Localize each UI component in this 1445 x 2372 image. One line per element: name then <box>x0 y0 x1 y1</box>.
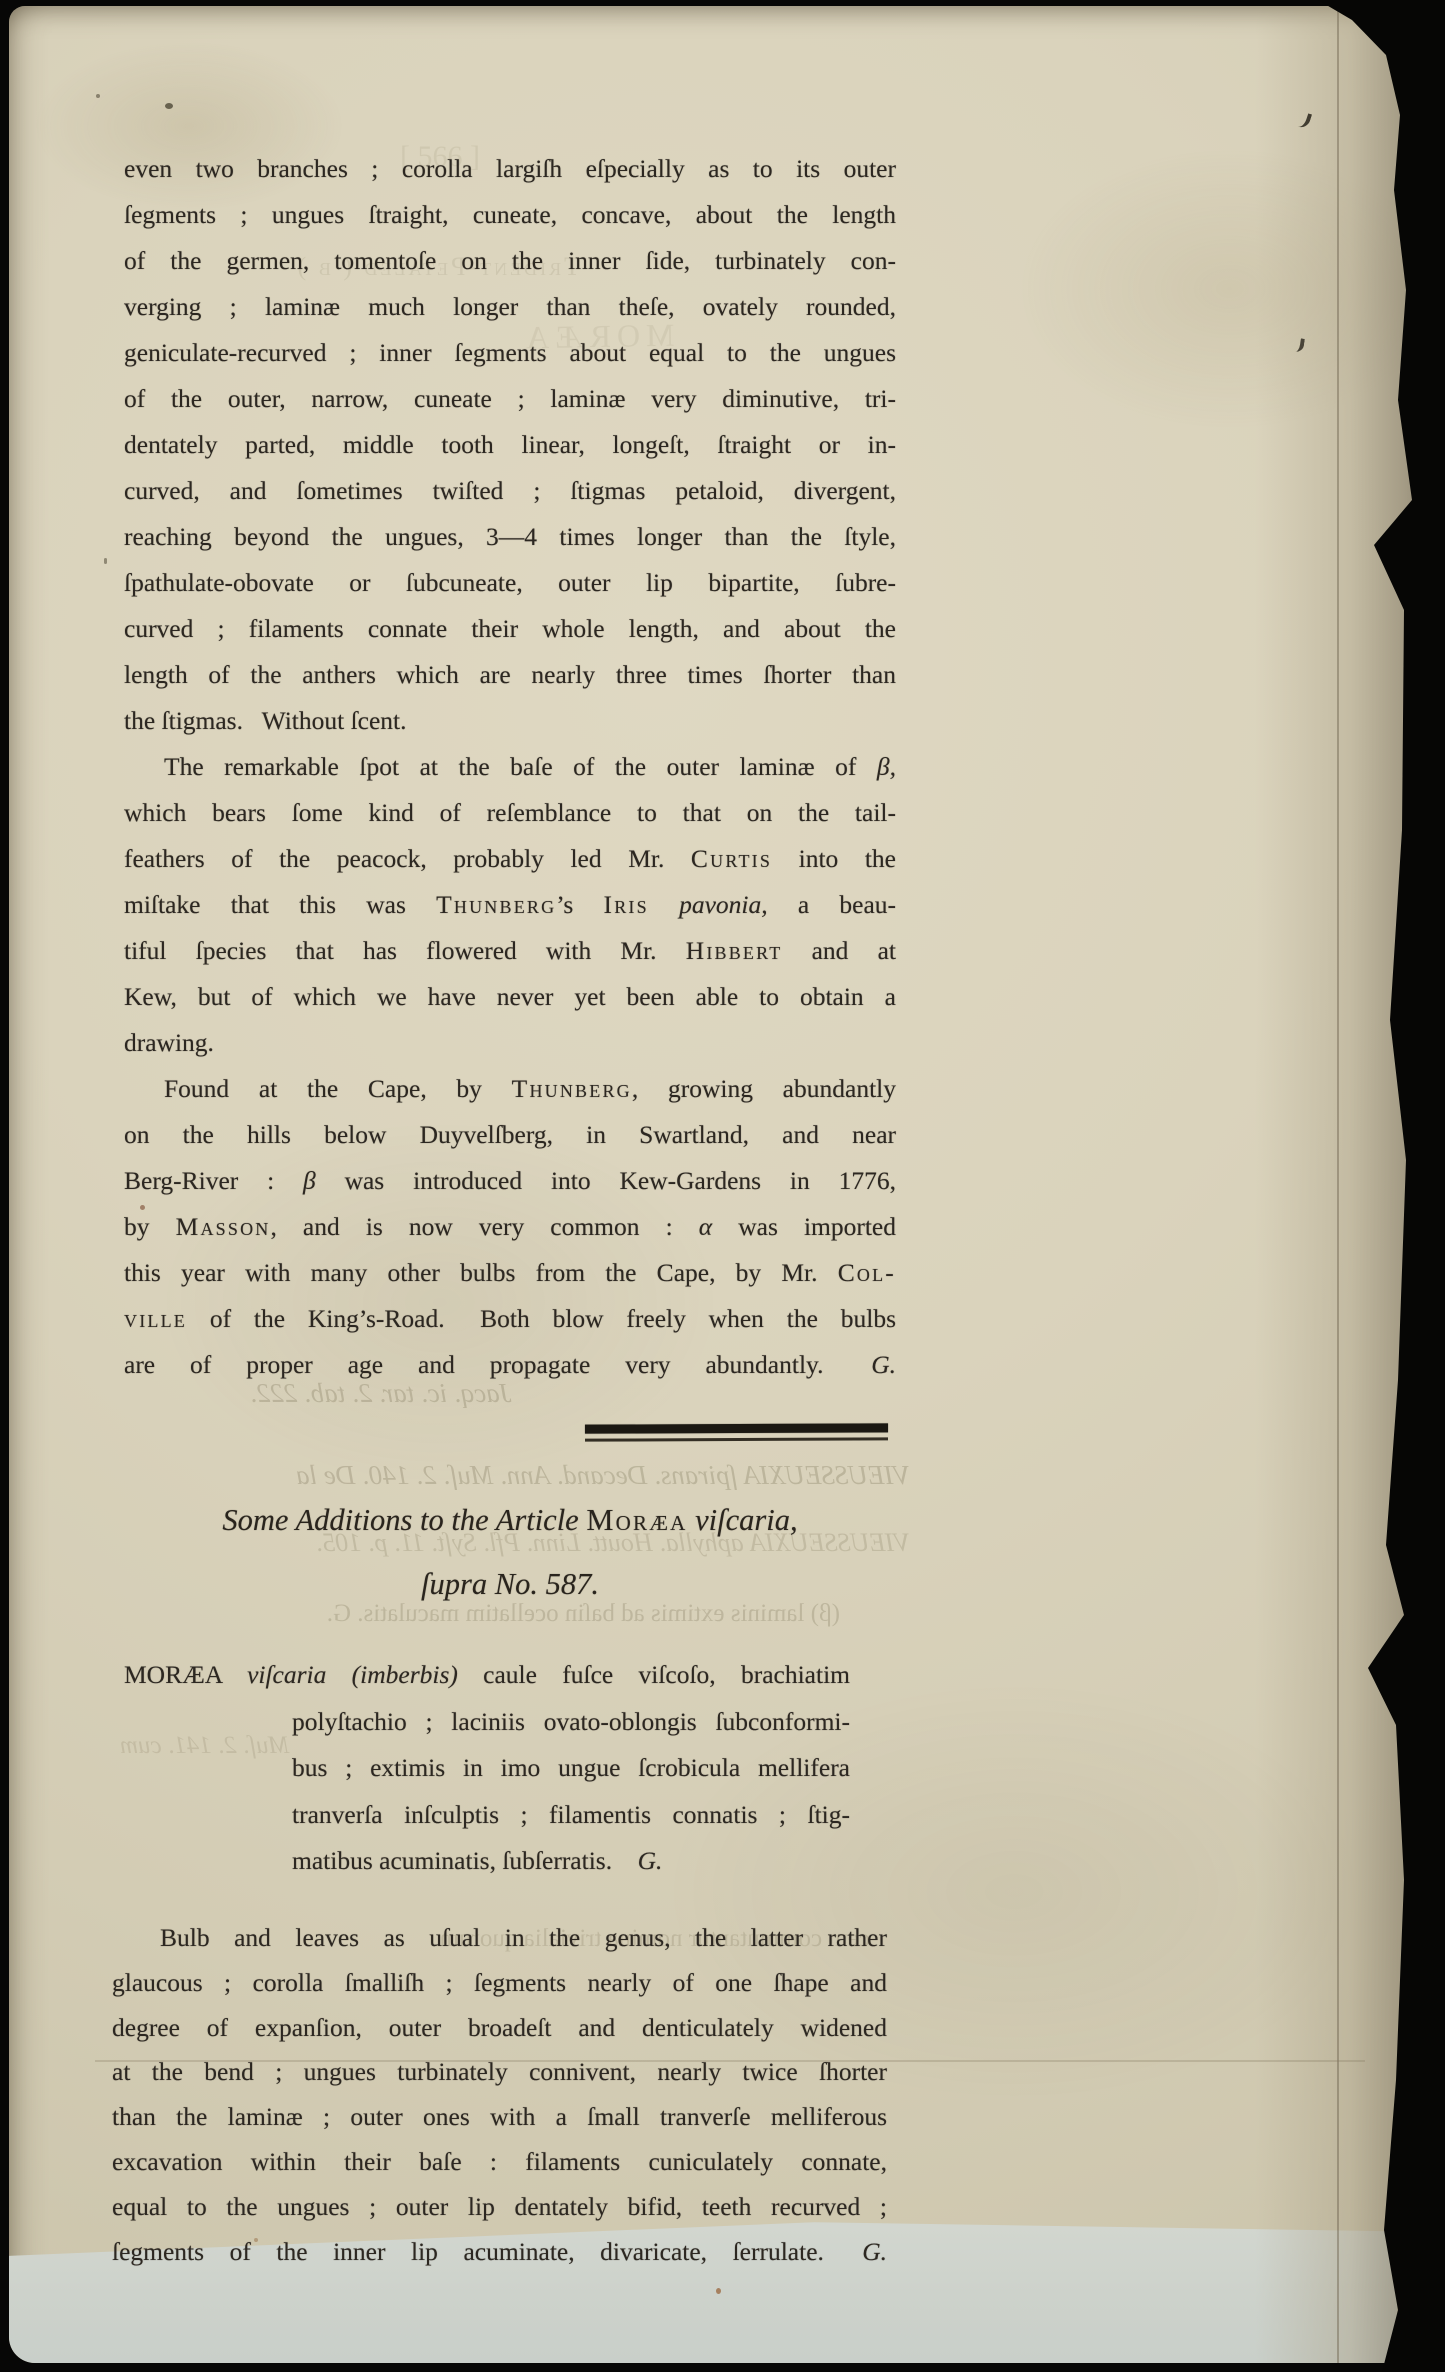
text-line: excavation within their baſe : filaments… <box>112 2140 887 2185</box>
text-line: on the hills below Duyvelſberg, in Swart… <box>124 1112 896 1158</box>
text-line: tranverſa inſculptis ; filamentis connat… <box>124 1792 850 1839</box>
text-line: The remarkable ſpot at the baſe of the o… <box>124 744 896 790</box>
section-heading: Some Additions to the Article Moræa viſc… <box>124 1488 896 1616</box>
text-line: even two branches ; corolla largiſh eſpe… <box>124 146 896 192</box>
text-line: ville of the King’s-Road. Both blow free… <box>124 1296 896 1342</box>
text-line: matibus acuminatis, ſubſerratis. G. <box>124 1838 850 1885</box>
text-line: MORÆA viſcaria (imberbis) caule fuſce vi… <box>124 1652 850 1699</box>
text-line: of the germen, tomentoſe on the inner ſi… <box>124 238 896 284</box>
text-line: than the laminæ ; outer ones with a ſmal… <box>112 2095 887 2140</box>
paragraph-description-continuation: even two branches ; corolla largiſh eſpe… <box>124 146 896 744</box>
text-line: equal to the ungues ; outer lip dentatel… <box>112 2185 887 2230</box>
body-text: even two branches ; corolla largiſh eſpe… <box>124 146 896 1388</box>
paragraph-found-at-cape: Found at the Cape, by Thunberg, growing … <box>124 1066 896 1388</box>
text-line: feathers of the peacock, probably led Mr… <box>124 836 896 882</box>
ink-speck <box>165 103 173 109</box>
text-line: degree of expanſion, outer broadeſt and … <box>112 2006 887 2051</box>
text-line: reaching beyond the ungues, 3—4 times lo… <box>124 514 896 560</box>
text-line: are of proper age and propagate very abu… <box>124 1342 896 1388</box>
text-line: dentately parted, middle tooth linear, l… <box>124 422 896 468</box>
paragraph-remarkable-spot: The remarkable ſpot at the baſe of the o… <box>124 744 896 1066</box>
species-diagnosis: MORÆA viſcaria (imberbis) caule fuſce vi… <box>124 1652 850 1885</box>
text-line: glaucous ; corolla ſmalliſh ; ſegments n… <box>112 1961 887 2006</box>
text-line: this year with many other bulbs from the… <box>124 1250 896 1296</box>
text-line: Found at the Cape, by Thunberg, growing … <box>124 1066 896 1112</box>
text-line: length of the anthers which are nearly t… <box>124 652 896 698</box>
ink-speck <box>104 558 107 564</box>
text-line: ſpathulate-obovate or ſubcuneate, outer … <box>124 560 896 606</box>
text-line: polyſtachio ; laciniis ovato-oblongis ſu… <box>124 1699 850 1746</box>
text-line: Some Additions to the Article Moræa viſc… <box>124 1488 896 1552</box>
text-line: which bears ſome kind of reſemblance to … <box>124 790 896 836</box>
text-line: by Masson, and is now very common : α wa… <box>124 1204 896 1250</box>
text-line: Berg-River : β was introduced into Kew-G… <box>124 1158 896 1204</box>
text-line: the ſtigmas. Without ſcent. <box>124 698 896 744</box>
text-line: verging ; laminæ much longer than theſe,… <box>124 284 896 330</box>
text-line: ſegments of the inner lip acuminate, div… <box>112 2230 887 2275</box>
foxing-speck <box>716 2288 721 2294</box>
text-line: of the outer, narrow, cuneate ; laminæ v… <box>124 376 896 422</box>
section-divider <box>585 1423 888 1441</box>
text-line: Kew, but of which we have never yet been… <box>124 974 896 1020</box>
ink-speck <box>96 94 100 98</box>
text-line: bus ; extimis in imo ungue ſcrobicula me… <box>124 1745 850 1792</box>
page-fold-line <box>1337 6 1339 2363</box>
text-line: curved ; filaments connate their whole l… <box>124 606 896 652</box>
scanned-book-page: [ 566 ] Trident-Petaled ( β ) MORÆA Jacq… <box>0 0 1445 2372</box>
text-line: at the bend ; ungues turbinately connive… <box>112 2050 887 2095</box>
divider-thick-rule <box>585 1423 888 1433</box>
text-line: geniculate-recurved ; inner ſegments abo… <box>124 330 896 376</box>
text-line: drawing. <box>124 1020 896 1066</box>
description-paragraph: Bulb and leaves as uſual in the genus, t… <box>112 1916 887 2274</box>
text-line: tiful ſpecies that has flowered with Mr.… <box>124 928 896 974</box>
text-line: ſupra No. 587. <box>124 1552 896 1616</box>
text-line: curved, and ſometimes twiſted ; ſtigmas … <box>124 468 896 514</box>
text-line: ſegments ; ungues ſtraight, cuneate, con… <box>124 192 896 238</box>
text-line: Bulb and leaves as uſual in the genus, t… <box>112 1916 887 1961</box>
text-line: miſtake that this was Thunberg’s Iris pa… <box>124 882 896 928</box>
